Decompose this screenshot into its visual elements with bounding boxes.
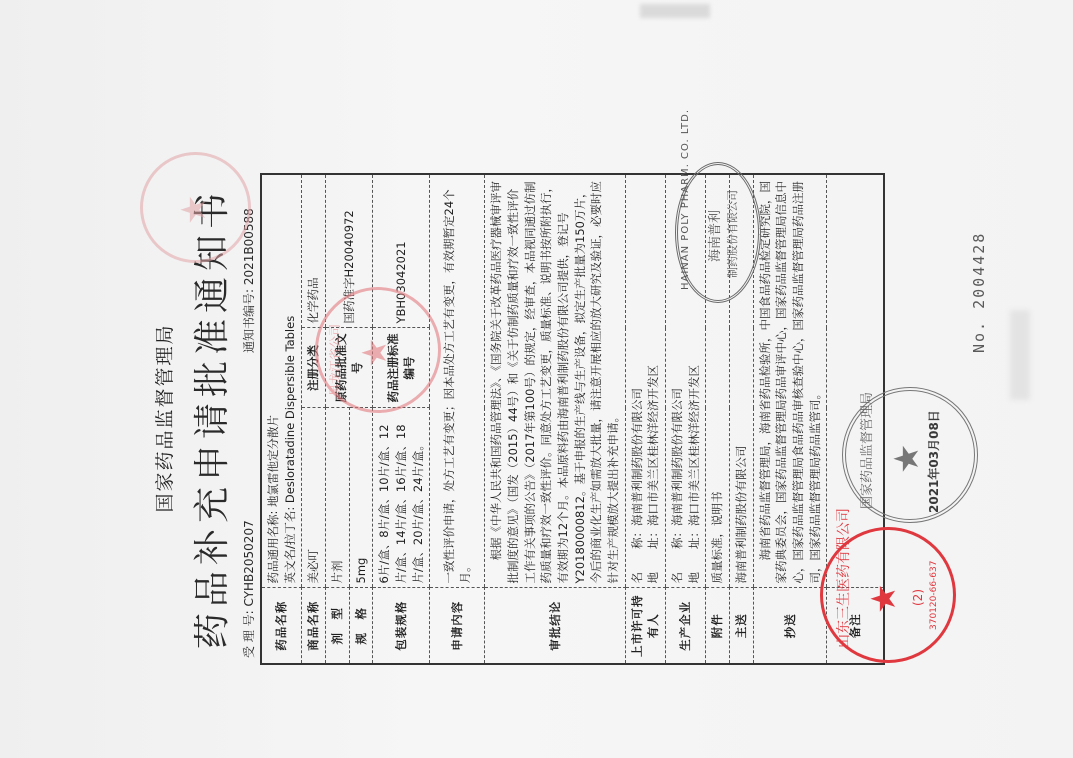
row-conclusion: 审批结论 根据《中华人民共和国药品管理法》、《国务院关于改革药品医疗器械审评审批… — [485, 174, 625, 664]
approval-date: 2021年03月08日 — [925, 410, 942, 513]
application-label: 申请内容 — [430, 588, 485, 664]
conclusion-value: 根据《中华人民共和国药品管理法》、《国务院关于改革药品医疗器械审评审批制度的意见… — [485, 174, 625, 588]
manufacturer-label: 生产企业 — [666, 588, 706, 664]
star-icon: ★ — [177, 195, 211, 225]
hainan-poly-pharm-seal: HAINAN POLY PHARM. CO. LTD. 海南普利 制药股份有限公… — [675, 162, 761, 303]
drug-name-label: 药品名称 — [261, 588, 302, 664]
mah-label: 上市许可持有人 — [625, 588, 665, 664]
faint-seal: ★ — [140, 152, 251, 263]
row-application: 申请内容 一致性评价申请，处方工艺有变更；因本品处方工艺有变更，有效期暂定24个… — [430, 174, 485, 664]
mah-value: 名 称：海南普利制药股份有限公司 地 址：海口市美兰区桂林洋经济开发区 — [625, 174, 665, 588]
reg-class-value: 化学药品 — [302, 174, 326, 328]
dosage-form-label: 剂 型 — [326, 588, 350, 664]
row-drug-name: 药品名称 药品通用名称: 地氯雷他定分散片 英文名/拉丁名: Deslorata… — [261, 174, 302, 664]
dosage-form-value: 片剂 — [326, 408, 350, 588]
application-value: 一致性评价申请，处方工艺有变更；因本品处方工艺有变更，有效期暂定24个月。 — [430, 174, 485, 588]
row-cc: 抄送 海南省药品监督管理局，海南省药品检验所，中国食品药品检定研究院，国家药典委… — [753, 174, 827, 664]
approval-form-table: 药品名称 药品通用名称: 地氯雷他定分散片 英文名/拉丁名: Deslorata… — [260, 173, 885, 665]
acceptance-number: 受 理 号: CYHB2050207 — [240, 520, 257, 658]
spec-label: 规 格 — [349, 588, 373, 664]
row-dosage-form: 剂 型 片剂 原药品批准文号 国药准字H20040972 — [326, 174, 350, 664]
star-icon: ★ — [890, 444, 924, 474]
star-icon: ★ — [867, 584, 901, 614]
attachment-label: 附件 — [706, 588, 730, 664]
row-mah: 上市许可持有人 名 称：海南普利制药股份有限公司 地 址：海口市美兰区桂林洋经济… — [625, 174, 665, 664]
rotated-document-page: 国家药品监督管理局 药品补充申请批准通知书 受 理 号: CYHB2050207… — [130, 153, 1000, 683]
scan-smudge — [640, 4, 710, 18]
row-trade-name: 商品名称 美必叮 注册分类 化学药品 — [302, 174, 326, 664]
red-company-seal-faint: ★ 黑龙江省公司 — [315, 287, 441, 413]
packaging-label: 包装规格 — [373, 588, 430, 664]
trade-name-label: 商品名称 — [302, 588, 326, 664]
trade-name-value: 美必叮 — [302, 408, 326, 588]
to-label: 主送 — [730, 588, 754, 664]
conclusion-label: 审批结论 — [485, 588, 625, 664]
scan-smudge — [1010, 310, 1030, 400]
nmpa-official-seal: ★ 国家药品监督管理局 — [842, 387, 978, 523]
packaging-value: 6片/盒、8片/盒、10片/盒、12片/盒、14片/盒、16片/盒、18片/盒、… — [373, 408, 430, 588]
shandong-sansheng-seal: ★ 山东三生医药有限公司 (2) 370120-66-637 — [820, 527, 956, 663]
cc-label: 抄送 — [753, 588, 827, 664]
spec-value: 5mg — [349, 408, 373, 588]
row-packaging: 包装规格 6片/盒、8片/盒、10片/盒、12片/盒、14片/盒、16片/盒、1… — [373, 174, 430, 664]
serial-number: No. 2004428 — [970, 232, 988, 353]
cc-value: 海南省药品监督管理局，海南省药品检验所，中国食品药品检定研究院，国家药典委员会，… — [753, 174, 827, 588]
star-icon: ★ — [358, 338, 392, 368]
drug-name-value: 药品通用名称: 地氯雷他定分散片 英文名/拉丁名: Desloratadine … — [261, 174, 302, 588]
